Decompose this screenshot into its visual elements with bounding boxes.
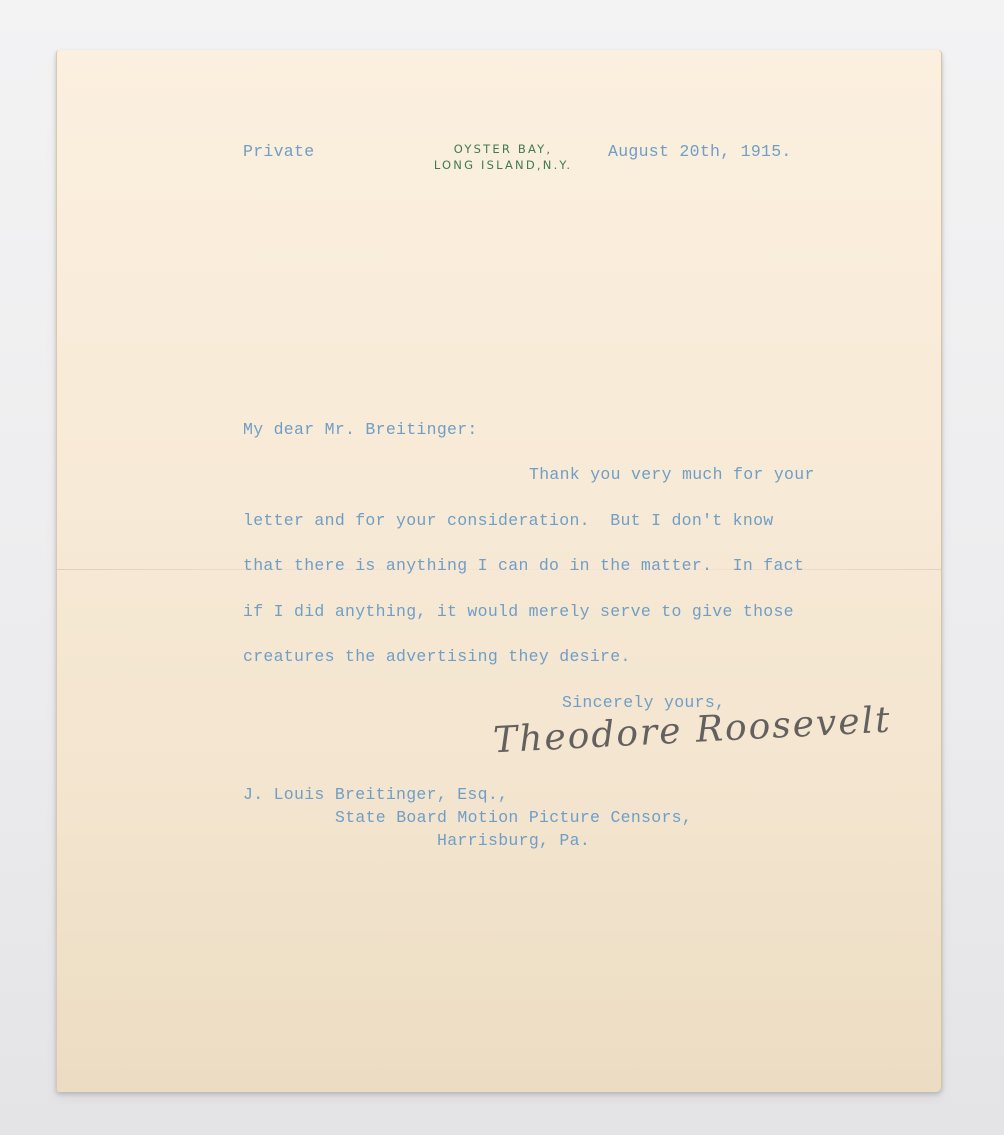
salutation: My dear Mr. Breitinger: <box>243 420 478 439</box>
letter-date: August 20th, 1915. <box>608 142 792 161</box>
letterhead: OYSTER BAY, LONG ISLAND,N.Y. <box>411 141 595 173</box>
recipient-organization: State Board Motion Picture Censors, <box>335 808 692 827</box>
letter-paper: Private OYSTER BAY, LONG ISLAND,N.Y. Aug… <box>56 50 942 1092</box>
body-line: letter and for your consideration. But I… <box>243 511 773 530</box>
body-line: if I did anything, it would merely serve… <box>243 602 794 621</box>
letterhead-line-2: LONG ISLAND,N.Y. <box>411 157 595 173</box>
recipient-location: Harrisburg, Pa. <box>437 831 590 850</box>
letterhead-line-1: OYSTER BAY, <box>411 141 595 157</box>
body-line: creatures the advertising they desire. <box>243 647 631 666</box>
private-marking: Private <box>243 142 314 161</box>
recipient-name: J. Louis Breitinger, Esq., <box>243 785 508 804</box>
body-line: Thank you very much for your <box>529 465 815 484</box>
body-line: that there is anything I can do in the m… <box>243 556 804 575</box>
